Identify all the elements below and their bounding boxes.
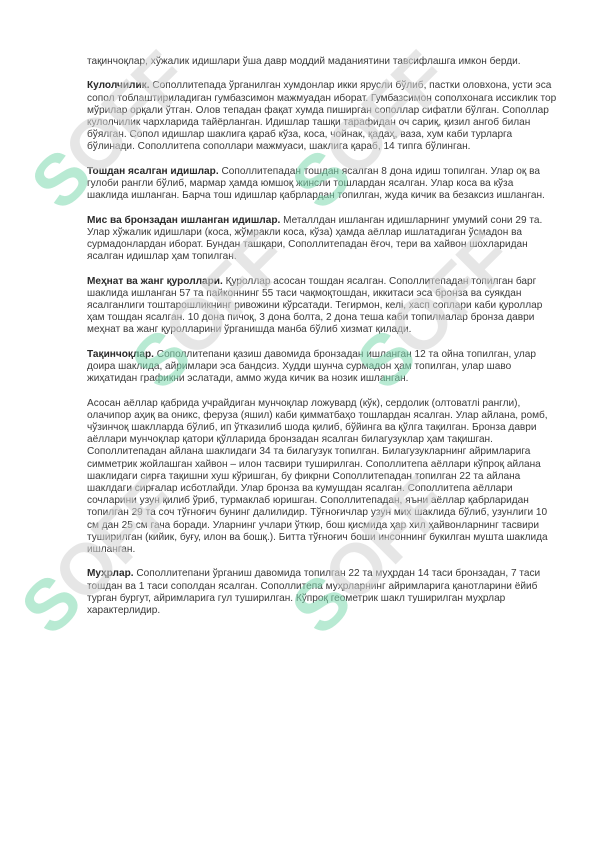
section-tools-weapons: Меҳнат ва жанг қуроллари. Қуроллар асоса… (87, 276, 557, 337)
paragraph-text: Сополлитепани қазиш давомида бронзадан и… (87, 349, 536, 384)
section-jewelry: Тақинчоқлар. Сополлитепани қазиш давомид… (87, 349, 557, 386)
section-heading: Мис ва бронзадан ишланган идишлар. (87, 215, 280, 226)
section-seals: Муҳрлар. Сополлитепани ўрганиш давомида … (87, 568, 557, 617)
paragraph-text: Сополлитепада ўрганилган хумдонлар икки … (87, 80, 556, 152)
paragraph-text: Сополлитепани ўрганиш давомида топилган … (87, 568, 540, 616)
section-heading: Тошдан ясалган идишлар. (87, 166, 219, 177)
paragraph-text: Асосан аёллар қабрида учрайдиган мунчоқл… (87, 398, 548, 555)
intro-paragraph: тақинчоқлар, хўжалик идишлари ўша давр м… (87, 56, 557, 68)
section-metal-vessels: Мис ва бронзадан ишланган идишлар. Метал… (87, 215, 557, 264)
section-heading: Меҳнат ва жанг қуроллари. (87, 276, 223, 287)
section-heading: Тақинчоқлар. (87, 349, 154, 360)
section-heading: Кулолчилик. (87, 80, 150, 91)
paragraph-text: тақинчоқлар, хўжалик идишлари ўша давр м… (87, 56, 521, 67)
section-pottery: Кулолчилик. Сополлитепада ўрганилган хум… (87, 80, 557, 153)
document-body: тақинчоқлар, хўжалик идишлари ўша давр м… (87, 56, 557, 629)
section-stone-vessels: Тошдан ясалган идишлар. Сополлитепадан т… (87, 166, 557, 203)
section-heading: Муҳрлар. (87, 568, 134, 579)
watermark-accent: S (6, 561, 95, 650)
section-beads: Асосан аёллар қабрида учрайдиган мунчоқл… (87, 398, 557, 557)
